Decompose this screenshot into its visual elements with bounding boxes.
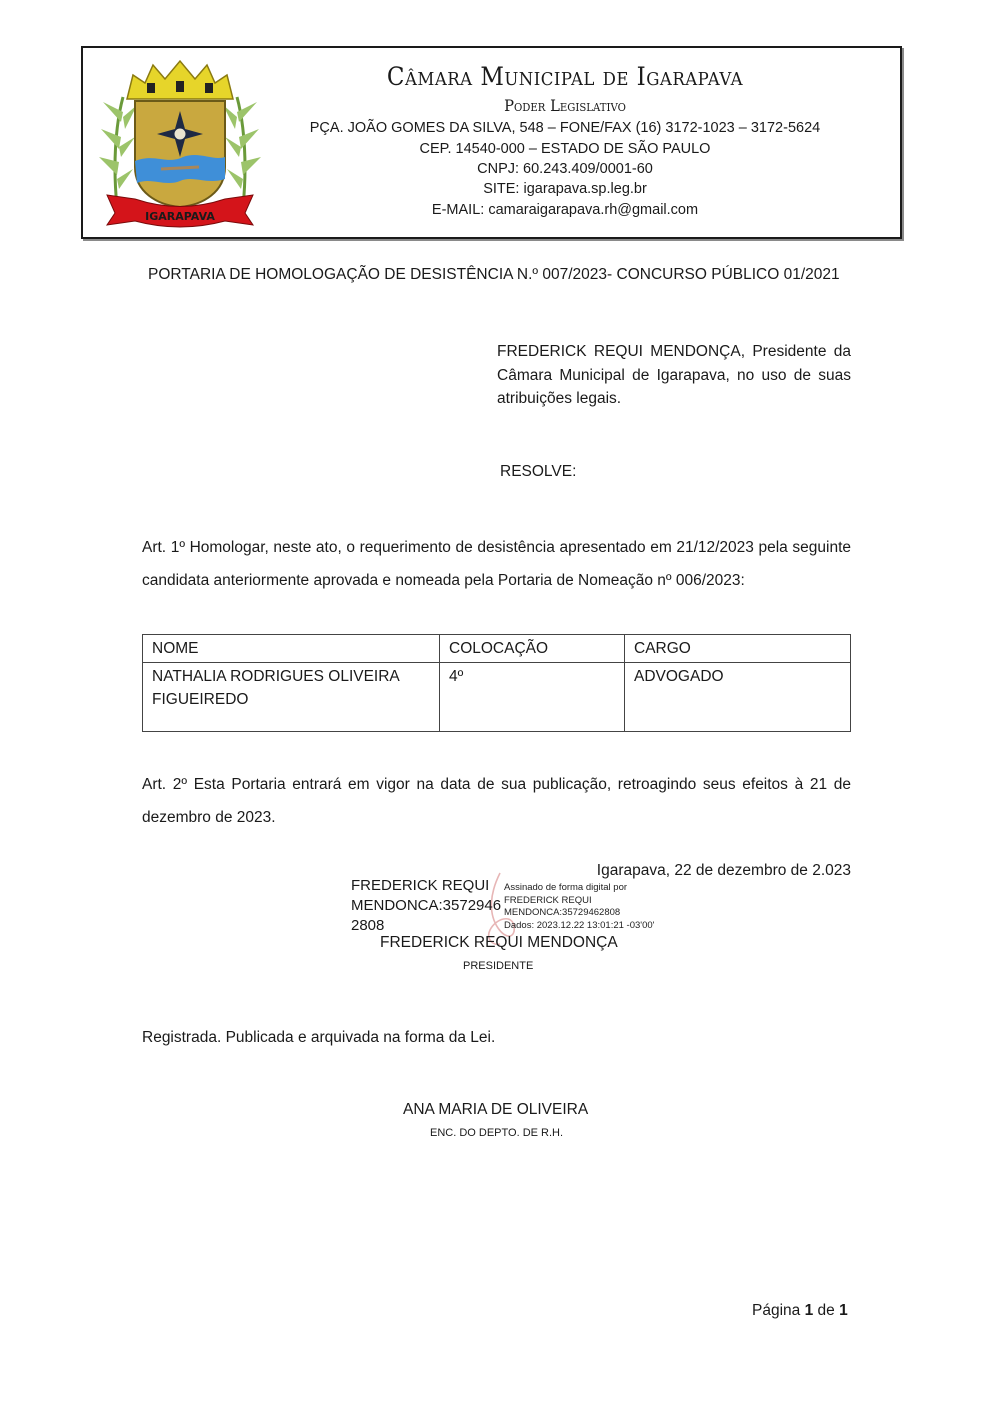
header-colocacao: COLOCAÇÃO xyxy=(440,635,625,663)
page-current: 1 xyxy=(805,1302,814,1319)
signer-name: FREDERICK REQUI MENDONÇA xyxy=(380,934,618,952)
registration-note: Registrada. Publicada e arquivada na for… xyxy=(142,1029,495,1047)
table-row: NATHALIA RODRIGUES OLIVEIRA FIGUEIREDO 4… xyxy=(143,663,851,732)
institution-email: E-MAIL: camaraigarapava.rh@gmail.com xyxy=(295,202,835,218)
institution-name: Câmara Municipal de Igarapava xyxy=(317,62,814,91)
header-cargo: CARGO xyxy=(625,635,851,663)
resolve-heading: RESOLVE: xyxy=(500,463,576,481)
preamble-paragraph: FREDERICK REQUI MENDONÇA, Presidente da … xyxy=(497,340,851,411)
candidate-table: NOME COLOCAÇÃO CARGO NATHALIA RODRIGUES … xyxy=(142,634,851,732)
sig-detail-line: MENDONCA:35729462808 xyxy=(504,907,654,920)
header-nome: NOME xyxy=(143,635,440,663)
cell-cargo: ADVOGADO xyxy=(625,663,851,732)
sig-detail-line: FREDERICK REQUI xyxy=(504,895,654,908)
page-prefix: Página xyxy=(752,1302,800,1319)
hr-signer-role: ENC. DO DEPTO. DE R.H. xyxy=(430,1127,563,1139)
svg-text:IGARAPAVA: IGARAPAVA xyxy=(145,210,215,223)
digital-signature-name: FREDERICK REQUI MENDONCA:3572946 2808 xyxy=(351,876,501,936)
page-number: Página 1 de 1 xyxy=(752,1302,848,1320)
signer-role: PRESIDENTE xyxy=(463,960,533,972)
article-2: Art. 2º Esta Portaria entrará em vigor n… xyxy=(142,768,851,834)
date-location: Igarapava, 22 de dezembro de 2.023 xyxy=(560,862,851,880)
cell-colocacao: 4º xyxy=(440,663,625,732)
table-header-row: NOME COLOCAÇÃO CARGO xyxy=(143,635,851,663)
sig-detail-line: Dados: 2023.12.22 13:01:21 -03'00' xyxy=(504,920,654,933)
sig-detail-line: Assinado de forma digital por xyxy=(504,882,654,895)
cell-nome: NATHALIA RODRIGUES OLIVEIRA FIGUEIREDO xyxy=(143,663,440,732)
institution-address: PÇA. JOÃO GOMES DA SILVA, 548 – FONE/FAX… xyxy=(295,120,835,136)
sig-name-line: FREDERICK REQUI xyxy=(351,876,501,896)
institution-cnpj: CNPJ: 60.243.409/0001-60 xyxy=(295,161,835,177)
page-total: 1 xyxy=(839,1302,848,1319)
digital-signature-details: Assinado de forma digital por FREDERICK … xyxy=(504,882,654,932)
institution-subtitle: Poder Legislativo xyxy=(317,96,814,115)
page-separator: de xyxy=(818,1302,835,1319)
institution-site: SITE: igarapava.sp.leg.br xyxy=(295,181,835,197)
municipal-coat-of-arms-icon: IGARAPAVA xyxy=(95,57,265,232)
hr-signer-name: ANA MARIA DE OLIVEIRA xyxy=(403,1101,588,1119)
article-1: Art. 1º Homologar, neste ato, o requerim… xyxy=(142,531,851,597)
sig-name-line: MENDONCA:3572946 xyxy=(351,896,501,916)
sig-name-line: 2808 xyxy=(351,916,501,936)
document-title: PORTARIA DE HOMOLOGAÇÃO DE DESISTÊNCIA N… xyxy=(148,266,848,284)
institution-cep: CEP. 14540-000 – ESTADO DE SÃO PAULO xyxy=(295,141,835,157)
